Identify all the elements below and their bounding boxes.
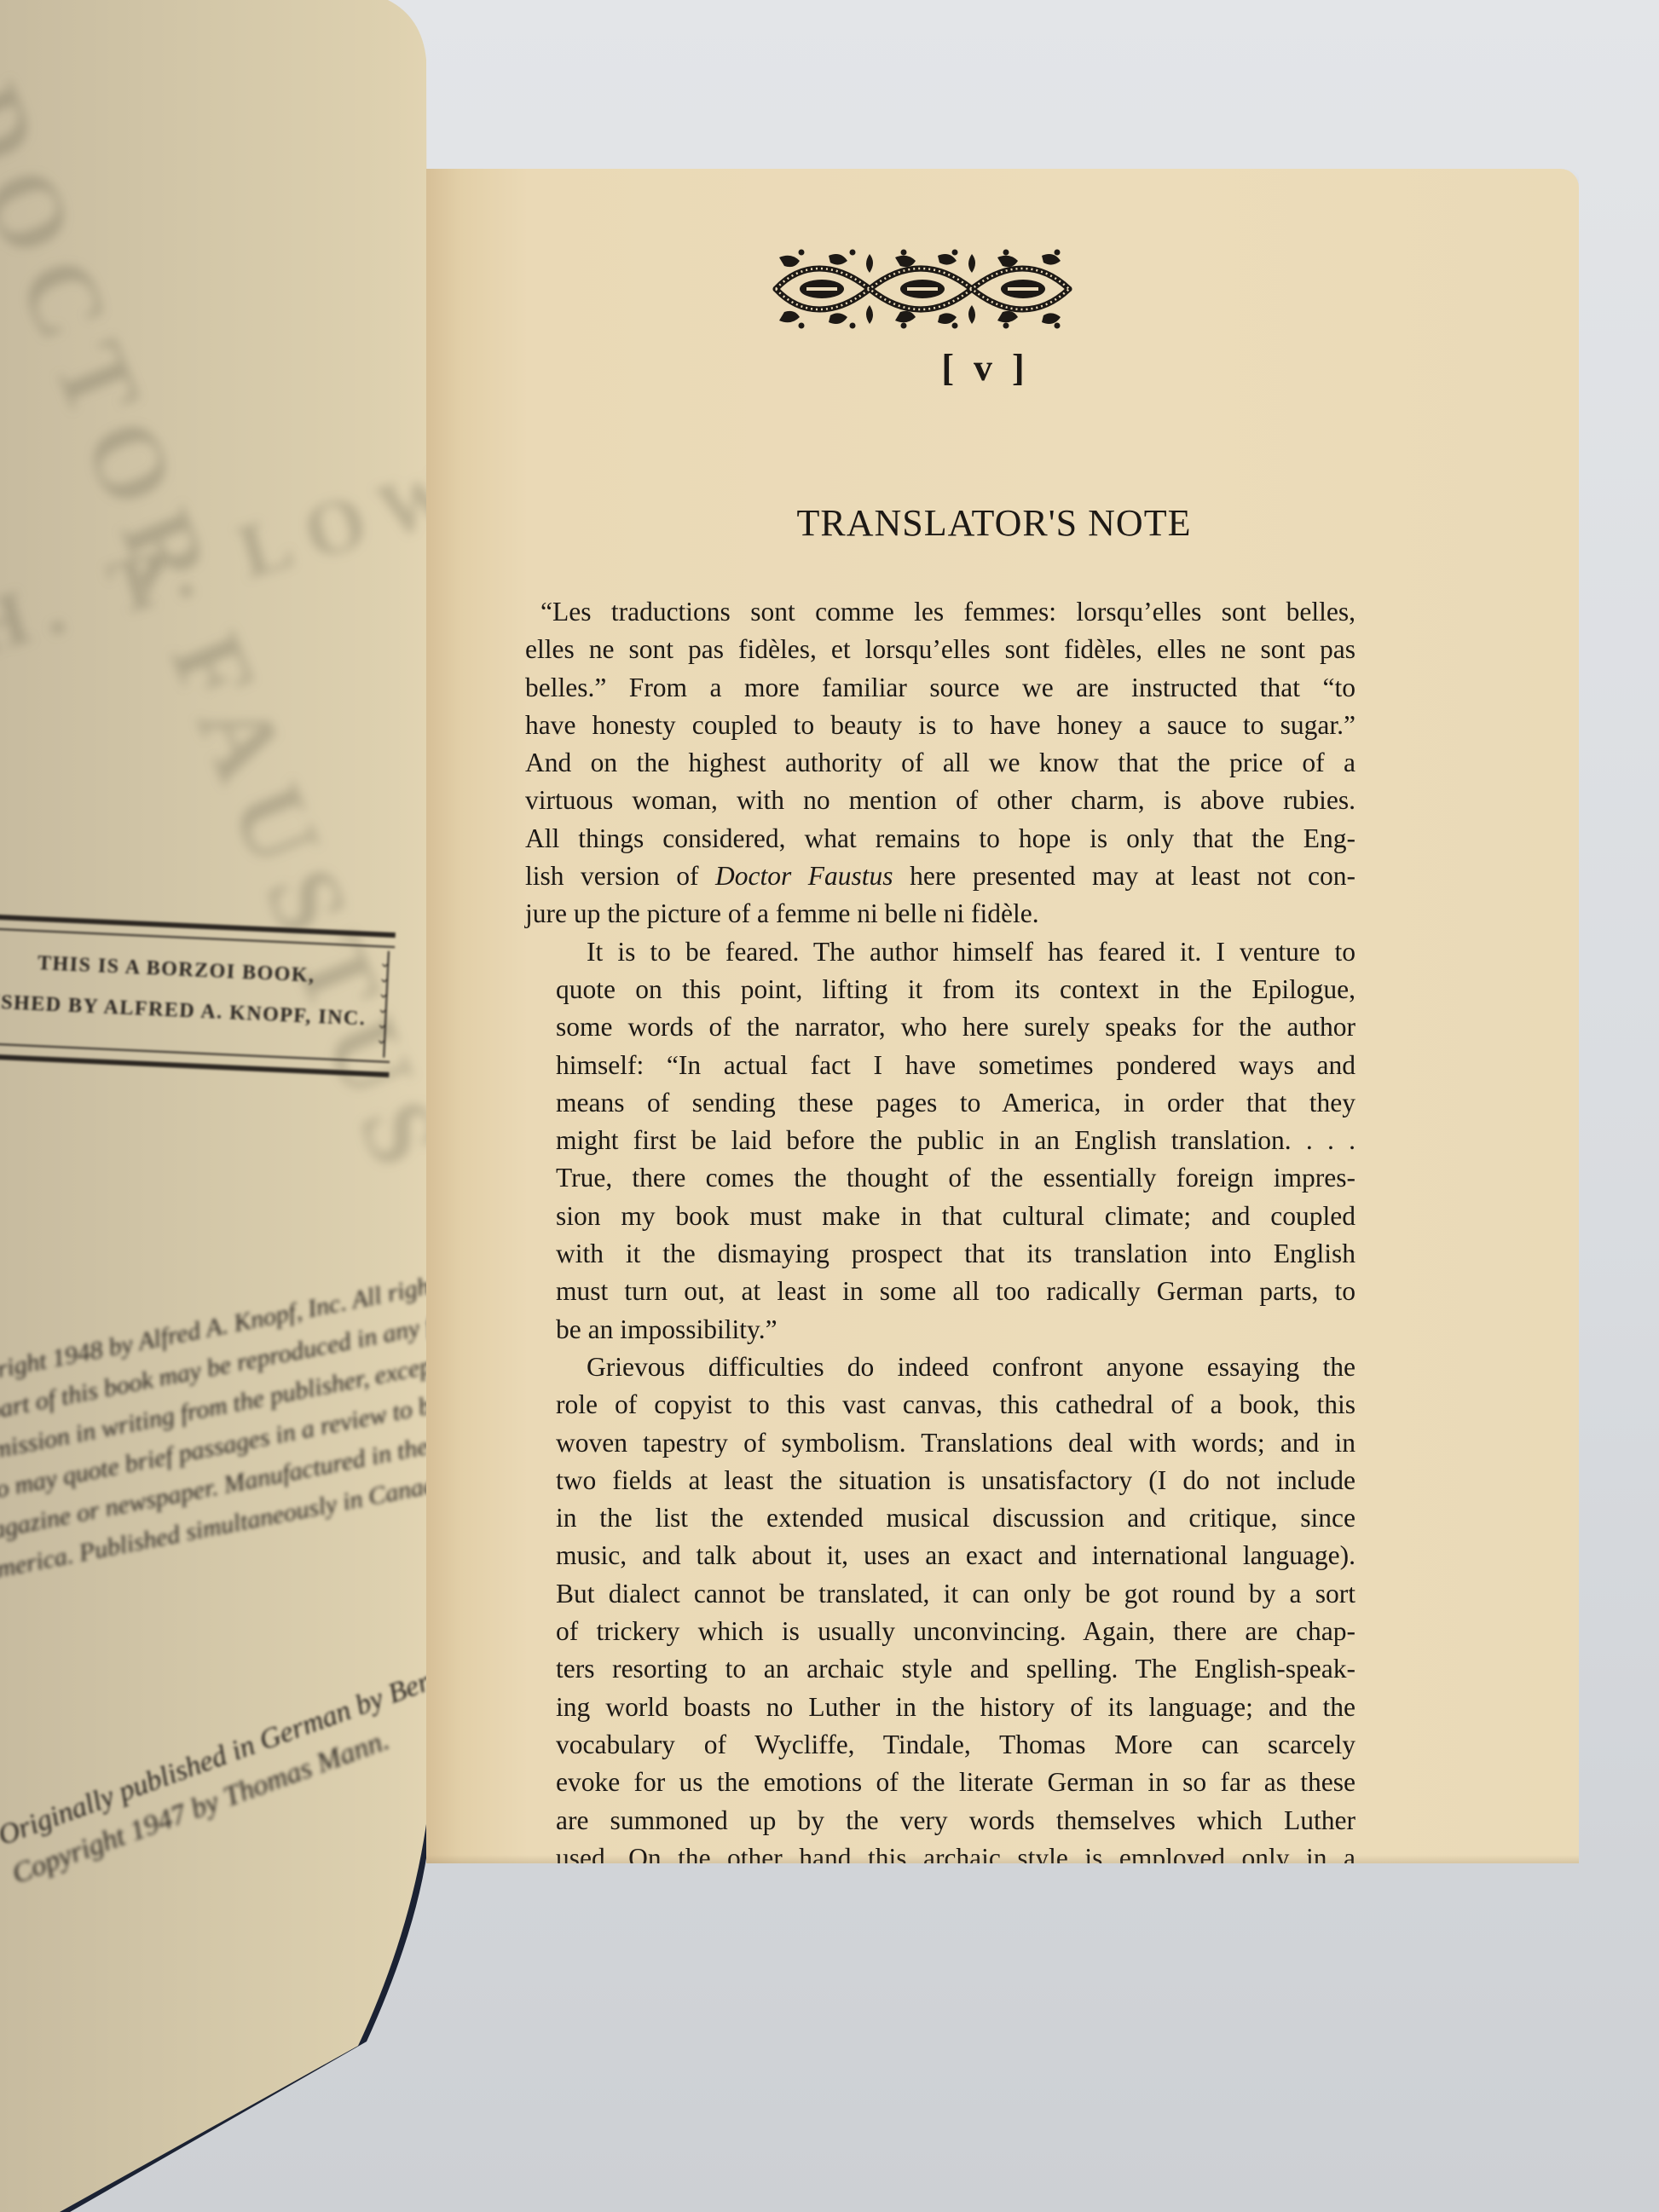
paragraph: Grievous difficulties do indeed confront…: [525, 1349, 1356, 1877]
text-line: in the list the extended musical discuss…: [525, 1499, 1356, 1537]
text-line: must turn out, at least in some all too …: [525, 1273, 1356, 1310]
text-line: music, and talk about it, uses an exact …: [525, 1537, 1356, 1574]
text-line: virtuous woman, with no mention of other…: [525, 782, 1356, 819]
text-line: ing world boasts no Luther in the histor…: [525, 1689, 1356, 1726]
text-line: It is to be feared. The author himself h…: [525, 933, 1356, 971]
text-fragment: here presented may at least not con-: [893, 861, 1356, 891]
paragraph: It is to be feared. The author himself h…: [525, 933, 1356, 1349]
text-line: “Les traductions sont comme les femmes: …: [525, 593, 1356, 631]
text-line: of trickery which is usually unconvincin…: [525, 1613, 1356, 1650]
text-line: two fields at least the situation is uns…: [525, 1462, 1356, 1499]
text-line: some words of the narrator, who here sur…: [525, 1008, 1356, 1046]
borzoi-line-2: PUBLISHED BY ALFRED A. KNOPF, INC.: [0, 989, 367, 1031]
text-line: means of sending these pages to America,…: [525, 1084, 1356, 1122]
ornament-headpiece-icon: [767, 249, 1078, 329]
chevron-down-icon: ⌄: [379, 957, 391, 970]
page-title: TRANSLATOR'S NOTE: [418, 501, 1570, 545]
body-text: “Les traductions sont comme les femmes: …: [525, 593, 1356, 1877]
text-line: role of copyist to this vast canvas, thi…: [525, 1386, 1356, 1424]
text-line: And on the highest authority of all we k…: [525, 744, 1356, 782]
text-line: quote on this point, lifting it from its…: [525, 971, 1356, 1008]
text-line: True, there comes the thought of the ess…: [525, 1159, 1356, 1197]
text-line: have honesty coupled to beauty is to hav…: [525, 707, 1356, 744]
chevron-down-icon: ⌄: [377, 1003, 389, 1016]
chevron-down-icon: ⌄: [379, 973, 390, 985]
original-edition-notice: Originally published in German by Berman…: [0, 1666, 437, 1895]
text-line: evoke for us the emotions of the literat…: [525, 1764, 1356, 1801]
text-line: But dialect cannot be translated, it can…: [525, 1575, 1356, 1613]
borzoi-line-1: THIS IS A BORZOI BOOK,: [37, 952, 315, 988]
chevron-down-icon: ⌄: [378, 988, 390, 1001]
text-line: vocabulary of Wycliffe, Tindale, Thomas …: [525, 1726, 1356, 1764]
paragraph: “Les traductions sont comme les femmes: …: [525, 593, 1356, 933]
copyright-notice: Copyright 1948 by Alfred A. Knopf, Inc. …: [0, 1270, 454, 1592]
text-line: Grievous difficulties do indeed confront…: [525, 1349, 1356, 1386]
text-line: himself: “In actual fact I have sometime…: [525, 1047, 1356, 1084]
text-fragment: lish version of: [525, 861, 715, 891]
rule: [0, 1053, 389, 1077]
text-line: used. On the other hand this archaic sty…: [525, 1839, 1356, 1877]
text-line: woven tapestry of symbolism. Translation…: [525, 1424, 1356, 1462]
chevron-down-icon: ⌄: [376, 1019, 388, 1031]
right-page: [ v ] TRANSLATOR'S NOTE “Les traductions…: [426, 169, 1579, 1863]
text-line: jure up the picture of a femme ni belle …: [525, 895, 1356, 933]
book-title-italic: Doctor Faustus: [715, 861, 893, 891]
borzoi-colophon-box: THIS IS A BORZOI BOOK, PUBLISHED BY ALFR…: [0, 901, 396, 1090]
text-line: All things considered, what remains to h…: [525, 820, 1356, 858]
left-page: DOCTOR FAUSTUS H. T. LOWE-PORTER THIS IS…: [0, 0, 452, 2212]
text-line: elles ne sont pas fidèles, et lorsqu’ell…: [525, 631, 1356, 668]
text-line: might first be laid before the public in…: [525, 1122, 1356, 1159]
text-line: sion my book must make in that cultural …: [525, 1198, 1356, 1235]
text-line: ters resorting to an archaic style and s…: [525, 1650, 1356, 1688]
text-line: lish version of Doctor Faustus here pres…: [525, 858, 1356, 895]
text-line: belles.” From a more familiar source we …: [525, 669, 1356, 707]
text-line: are summoned up by the very words themse…: [525, 1802, 1356, 1839]
text-line: be an impossibility.”: [525, 1311, 1356, 1349]
page-number: [ v ]: [409, 346, 1562, 390]
text-line: with it the dismaying prospect that its …: [525, 1235, 1356, 1273]
chevron-down-icon: ⌄: [375, 1034, 387, 1047]
